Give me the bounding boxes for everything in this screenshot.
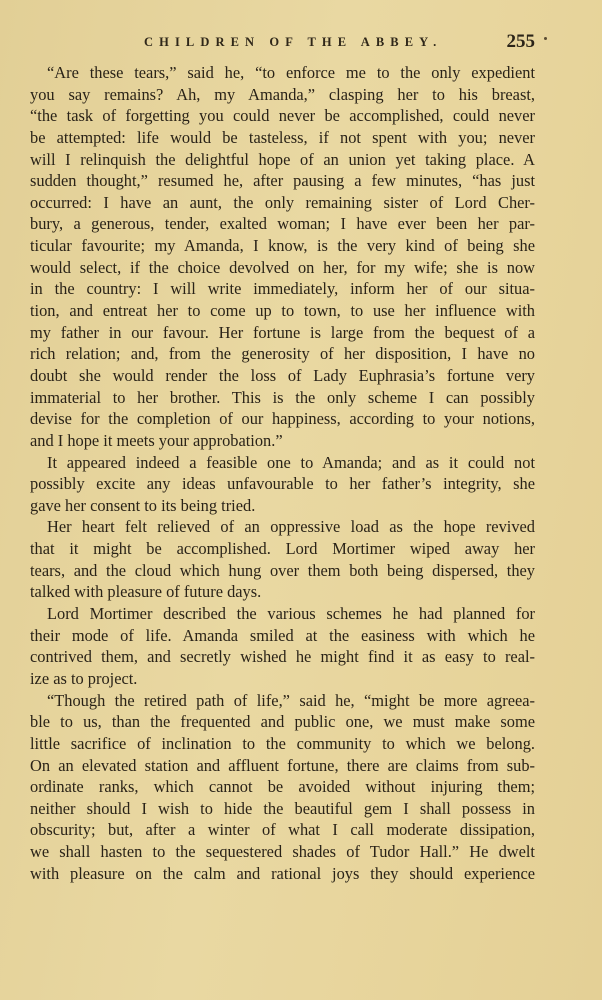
text-line: “Are these tears,” said he, “to enforce … [30, 62, 535, 84]
text-line: occurred: I have an aunt, the only remai… [30, 192, 535, 214]
text-line: possibly excite any ideas unfavourable t… [30, 473, 535, 495]
text-line: and I hope it meets your approbation.” [30, 430, 535, 452]
text-line: immaterial to her brother. This is the o… [30, 387, 535, 409]
running-head: CHILDREN OF THE ABBEY. 255 [30, 31, 537, 53]
text-line: devise for the completion of our happine… [30, 408, 535, 430]
text-line: ticular favourite; my Amanda, I know, is… [30, 235, 535, 257]
text-line: their mode of life. Amanda smiled at the… [30, 625, 535, 647]
text-line: tion, and entreat her to come up to town… [30, 300, 535, 322]
text-line: contrived them, and secretly wished he m… [30, 646, 535, 668]
text-line: “the task of forgetting you could never … [30, 105, 535, 127]
text-line: will I relinquish the delightful hope of… [30, 149, 535, 171]
text-line: ize as to project. [30, 668, 535, 690]
text-line: doubt she would render the loss of Lady … [30, 365, 535, 387]
text-line: Lord Mortimer described the various sche… [30, 603, 535, 625]
text-line: tears, and the cloud which hung over the… [30, 560, 535, 582]
text-line: bury, a generous, tender, exalted woman;… [30, 213, 535, 235]
text-line: that it might be accomplished. Lord Mort… [30, 538, 535, 560]
text-line: little sacrifice of inclination to the c… [30, 733, 535, 755]
print-speck [544, 37, 547, 40]
text-line: you say remains? Ah, my Amanda,” claspin… [30, 84, 535, 106]
page-number: 255 [507, 31, 536, 53]
text-line: obscurity; but, after a winter of what I… [30, 819, 535, 841]
book-page: CHILDREN OF THE ABBEY. 255 “Are these te… [0, 0, 602, 1000]
text-line: would select, if the choice devolved on … [30, 257, 535, 279]
text-line: my father in our favour. Her fortune is … [30, 322, 535, 344]
text-line: It appeared indeed a feasible one to Ama… [30, 452, 535, 474]
text-line: gave her consent to its being tried. [30, 495, 535, 517]
text-line: “Though the retired path of life,” said … [30, 690, 535, 712]
text-line: On an elevated station and affluent fort… [30, 755, 535, 777]
text-line: ordinate ranks, which cannot be avoided … [30, 776, 535, 798]
text-line: talked with pleasure of future days. [30, 581, 535, 603]
text-line: neither should I wish to hide the beauti… [30, 798, 535, 820]
text-line: we shall hasten to the sequestered shade… [30, 841, 535, 863]
text-line: be attempted: life would be tasteless, i… [30, 127, 535, 149]
body-text: “Are these tears,” said he, “to enforce … [30, 62, 535, 884]
text-line: rich relation; and, from the generosity … [30, 343, 535, 365]
running-title: CHILDREN OF THE ABBEY. [144, 35, 442, 50]
text-line: sudden thought,” resumed he, after pausi… [30, 170, 535, 192]
text-line: in the country: I will write immediately… [30, 278, 535, 300]
text-line: with pleasure on the calm and rational j… [30, 863, 535, 885]
text-line: Her heart felt relieved of an oppressive… [30, 516, 535, 538]
text-line: ble to us, than the frequented and publi… [30, 711, 535, 733]
